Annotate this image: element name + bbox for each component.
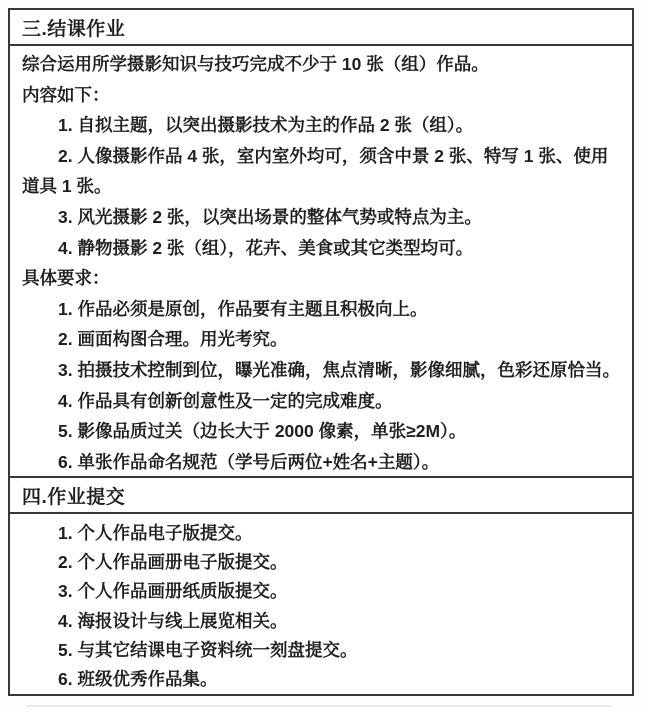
content-label: 内容如下： bbox=[22, 80, 626, 111]
submission-item: 5. 与其它结课电子资料统一刻盘提交。 bbox=[22, 636, 626, 665]
section-3-title: 三.结课作业 bbox=[22, 14, 125, 41]
requirement-item: 6. 单张作品命名规范（学号后两位+姓名+主题）。 bbox=[22, 447, 626, 478]
section-3-header-row: 三.结课作业 bbox=[10, 10, 632, 46]
submission-item: 2. 个人作品画册电子版提交。 bbox=[22, 548, 626, 577]
content-item: 3. 风光摄影 2 张，以突出场景的整体气势或特点为主。 bbox=[22, 202, 626, 233]
content-item: 4. 静物摄影 2 张（组），花卉、美食或其它类型均可。 bbox=[22, 233, 626, 264]
section-3-intro: 综合运用所学摄影知识与技巧完成不少于 10 张（组）作品。 bbox=[22, 49, 626, 80]
section-4-title: 四.作业提交 bbox=[22, 482, 125, 509]
requirements-list: 1. 作品必须是原创，作品要有主题且积极向上。2. 画面构图合理。用光考究。3.… bbox=[22, 294, 626, 478]
requirement-item: 1. 作品必须是原创，作品要有主题且积极向上。 bbox=[22, 294, 626, 325]
requirement-item: 5. 影像品质过关（边长大于 2000 像素，单张≥2M）。 bbox=[22, 416, 626, 447]
section-4-header-row: 四.作业提交 bbox=[10, 478, 632, 514]
content-item: 2. 人像摄影作品 4 张，室内室外均可，须含中景 2 张、特写 1 张、使用 … bbox=[22, 141, 626, 202]
requirement-item: 3. 拍摄技术控制到位，曝光准确，焦点清晰，影像细腻，色彩还原恰当。 bbox=[22, 355, 626, 386]
submission-list: 1. 个人作品电子版提交。2. 个人作品画册电子版提交。3. 个人作品画册纸质版… bbox=[22, 519, 626, 694]
scan-artifact-line bbox=[26, 705, 612, 707]
assignment-table: 三.结课作业 综合运用所学摄影知识与技巧完成不少于 10 张（组）作品。 内容如… bbox=[8, 8, 634, 696]
requirements-label: 具体要求： bbox=[22, 263, 626, 294]
submission-item: 1. 个人作品电子版提交。 bbox=[22, 519, 626, 548]
content-item: 1. 自拟主题，以突出摄影技术为主的作品 2 张（组）。 bbox=[22, 110, 626, 141]
document-page: 三.结课作业 综合运用所学摄影知识与技巧完成不少于 10 张（组）作品。 内容如… bbox=[0, 0, 648, 712]
submission-item: 6. 班级优秀作品集。 bbox=[22, 665, 626, 694]
section-3-content-cell: 综合运用所学摄影知识与技巧完成不少于 10 张（组）作品。 内容如下： 1. 自… bbox=[10, 46, 632, 478]
submission-item: 3. 个人作品画册纸质版提交。 bbox=[22, 577, 626, 606]
requirement-item: 2. 画面构图合理。用光考究。 bbox=[22, 324, 626, 355]
submission-item: 4. 海报设计与线上展览相关。 bbox=[22, 607, 626, 636]
content-list: 1. 自拟主题，以突出摄影技术为主的作品 2 张（组）。2. 人像摄影作品 4 … bbox=[22, 110, 626, 263]
requirement-item: 4. 作品具有创新创意性及一定的完成难度。 bbox=[22, 386, 626, 417]
section-4-content-cell: 1. 个人作品电子版提交。2. 个人作品画册电子版提交。3. 个人作品画册纸质版… bbox=[10, 514, 632, 694]
